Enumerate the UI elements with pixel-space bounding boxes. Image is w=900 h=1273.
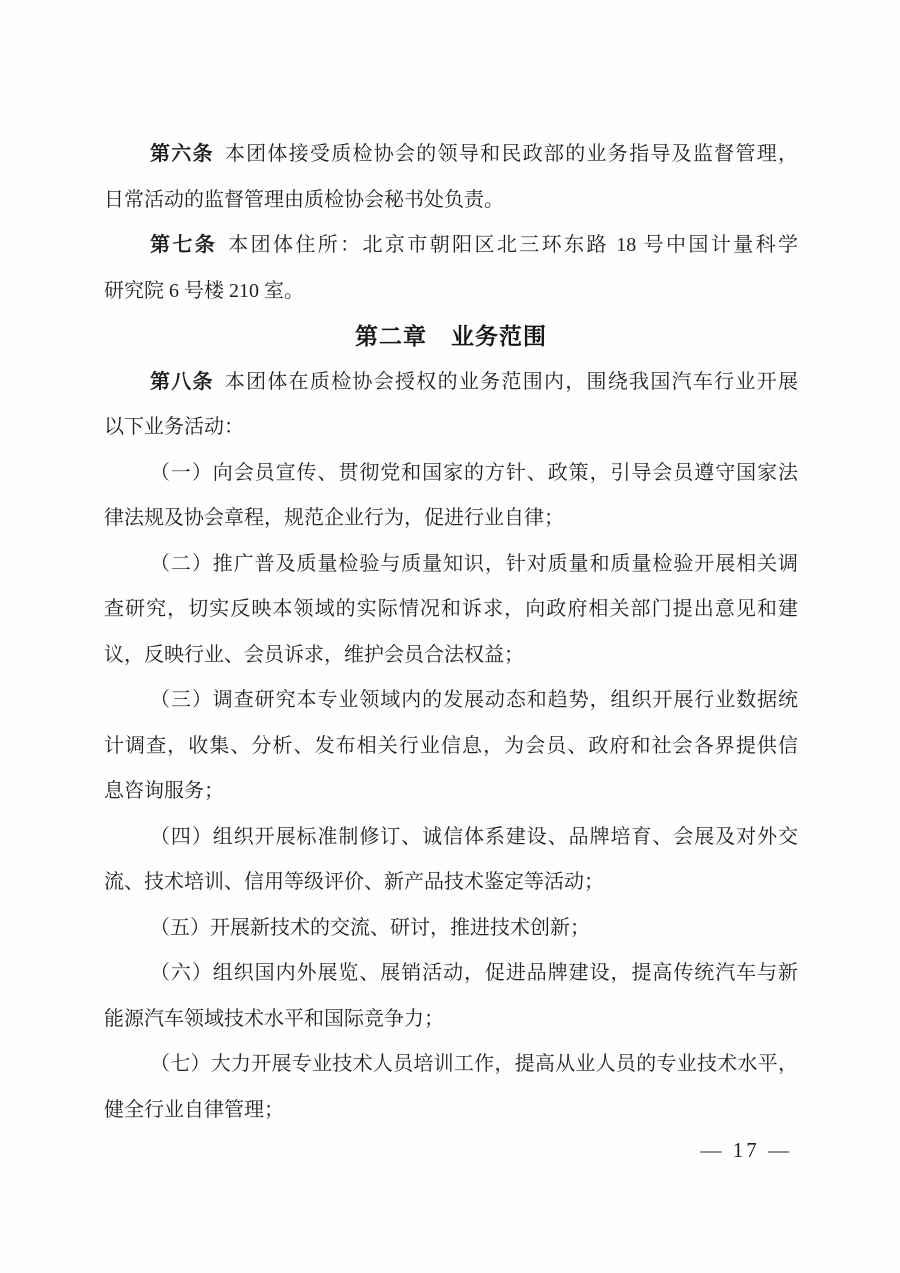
document-page: 第六条本团体接受质检协会的领导和民政部的业务指导及监督管理， 日常活动的监督管理… (0, 0, 900, 1273)
text-line: （四）组织开展标准制修订、诚信体系建设、品牌培育、会展及对外交 (104, 815, 798, 861)
text-line: （一）向会员宣传、贯彻党和国家的方针、政策，引导会员遵守国家法 (104, 451, 798, 497)
text-line: 第八条本团体在质检协会授权的业务范围内，围绕我国汽车行业开展 (104, 360, 798, 406)
article-7-text: 本团体住所：北京市朝阳区北三环东路 18 号中国计量科学 (228, 234, 798, 256)
text-line: 日常活动的监督管理由质检协会秘书处负责。 (104, 178, 798, 224)
text-line: （七）大力开展专业技术人员培训工作，提高从业人员的专业技术水平， (104, 1042, 798, 1088)
text-line: （三）调查研究本专业领域内的发展动态和趋势，组织开展行业数据统 (104, 678, 798, 724)
text-line: 研究院 6 号楼 210 室。 (104, 269, 798, 315)
article-6-label: 第六条 (150, 143, 214, 165)
text-line: 查研究，切实反映本领域的实际情况和诉求，向政府相关部门提出意见和建 (104, 587, 798, 633)
text-block: 第六条本团体接受质检协会的领导和民政部的业务指导及监督管理， 日常活动的监督管理… (104, 132, 798, 1133)
text-line: 能源汽车领域技术水平和国际竞争力； (104, 997, 798, 1043)
text-line: 律法规及协会章程，规范企业行为，促进行业自律； (104, 496, 798, 542)
text-line: 以下业务活动： (104, 405, 798, 451)
text-line: 第七条本团体住所：北京市朝阳区北三环东路 18 号中国计量科学 (104, 223, 798, 269)
text-line: 计调查，收集、分析、发布相关行业信息，为会员、政府和社会各界提供信 (104, 724, 798, 770)
text-line: （五）开展新技术的交流、研讨，推进技术创新； (104, 906, 798, 952)
text-line: 流、技术培训、信用等级评价、新产品技术鉴定等活动； (104, 860, 798, 906)
article-7-label: 第七条 (150, 234, 217, 256)
page-number: — 17 — (701, 1138, 793, 1163)
text-line: （六）组织国内外展览、展销活动，促进品牌建设，提高传统汽车与新 (104, 951, 798, 997)
text-line: 健全行业自律管理； (104, 1088, 798, 1134)
text-line: 议，反映行业、会员诉求，维护会员合法权益； (104, 633, 798, 679)
text-line: （二）推广普及质量检验与质量知识，针对质量和质量检验开展相关调 (104, 542, 798, 588)
chapter-heading: 第二章 业务范围 (104, 314, 798, 360)
text-line: 第六条本团体接受质检协会的领导和民政部的业务指导及监督管理， (104, 132, 798, 178)
article-6-text: 本团体接受质检协会的领导和民政部的业务指导及监督管理， (225, 143, 798, 165)
article-8-text: 本团体在质检协会授权的业务范围内，围绕我国汽车行业开展 (225, 371, 798, 393)
text-line: 息咨询服务； (104, 769, 798, 815)
article-8-label: 第八条 (150, 371, 214, 393)
